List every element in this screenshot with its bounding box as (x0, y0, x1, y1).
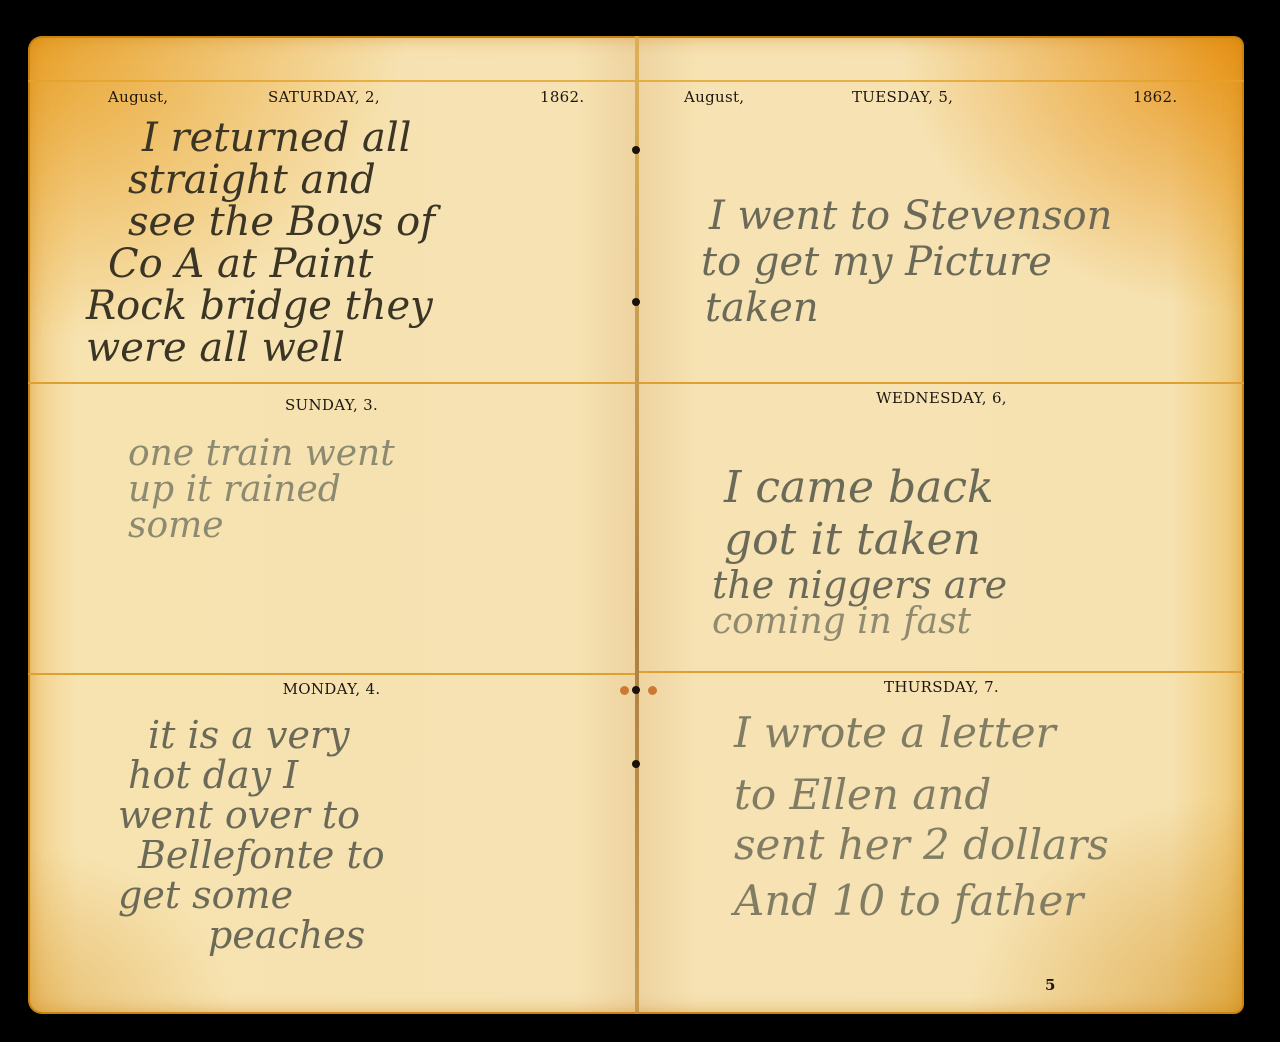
left-page: August, SATURDAY, 2, 1862. I returned al… (28, 36, 635, 1014)
top-rule (28, 80, 635, 82)
header-day: TUESDAY, 5, (852, 88, 953, 106)
diary-entry-tuesday: I went to Stevenson to get my Picture ta… (709, 196, 1112, 334)
day-divider (28, 673, 635, 675)
diary-spread: August, SATURDAY, 2, 1862. I returned al… (28, 36, 1244, 1014)
header-day: SATURDAY, 2, (268, 88, 380, 106)
diary-entry-thursday: I wrote a letter to Ellen and sent her 2… (734, 712, 1109, 930)
diary-entry-sunday: one train went up it rained some (128, 436, 395, 544)
header-month: August, (108, 88, 168, 106)
day-heading-sunday: SUNDAY, 3. (28, 396, 635, 414)
day-divider (639, 671, 1244, 673)
diary-entry-saturday: I returned all straight and see the Boys… (128, 118, 435, 370)
day-divider (28, 382, 635, 384)
right-page: August, TUESDAY, 5, 1862. I went to Stev… (639, 36, 1244, 1014)
day-heading-monday: MONDAY, 4. (28, 680, 635, 698)
page-header: August, TUESDAY, 5, 1862. (639, 88, 1244, 112)
diary-entry-monday: it is a very hot day I went over to Bell… (148, 716, 385, 956)
header-year: 1862. (1133, 88, 1177, 106)
diary-entry-wednesday: I came back got it taken the niggers are… (724, 466, 1007, 642)
day-heading-thursday: THURSDAY, 7. (639, 678, 1244, 696)
page-number: 5 (1045, 976, 1055, 994)
day-divider (639, 382, 1244, 384)
page-header: August, SATURDAY, 2, 1862. (28, 88, 635, 112)
header-month: August, (684, 88, 744, 106)
header-year: 1862. (540, 88, 584, 106)
top-rule (639, 80, 1244, 82)
day-heading-wednesday: WEDNESDAY, 6, (639, 389, 1244, 407)
